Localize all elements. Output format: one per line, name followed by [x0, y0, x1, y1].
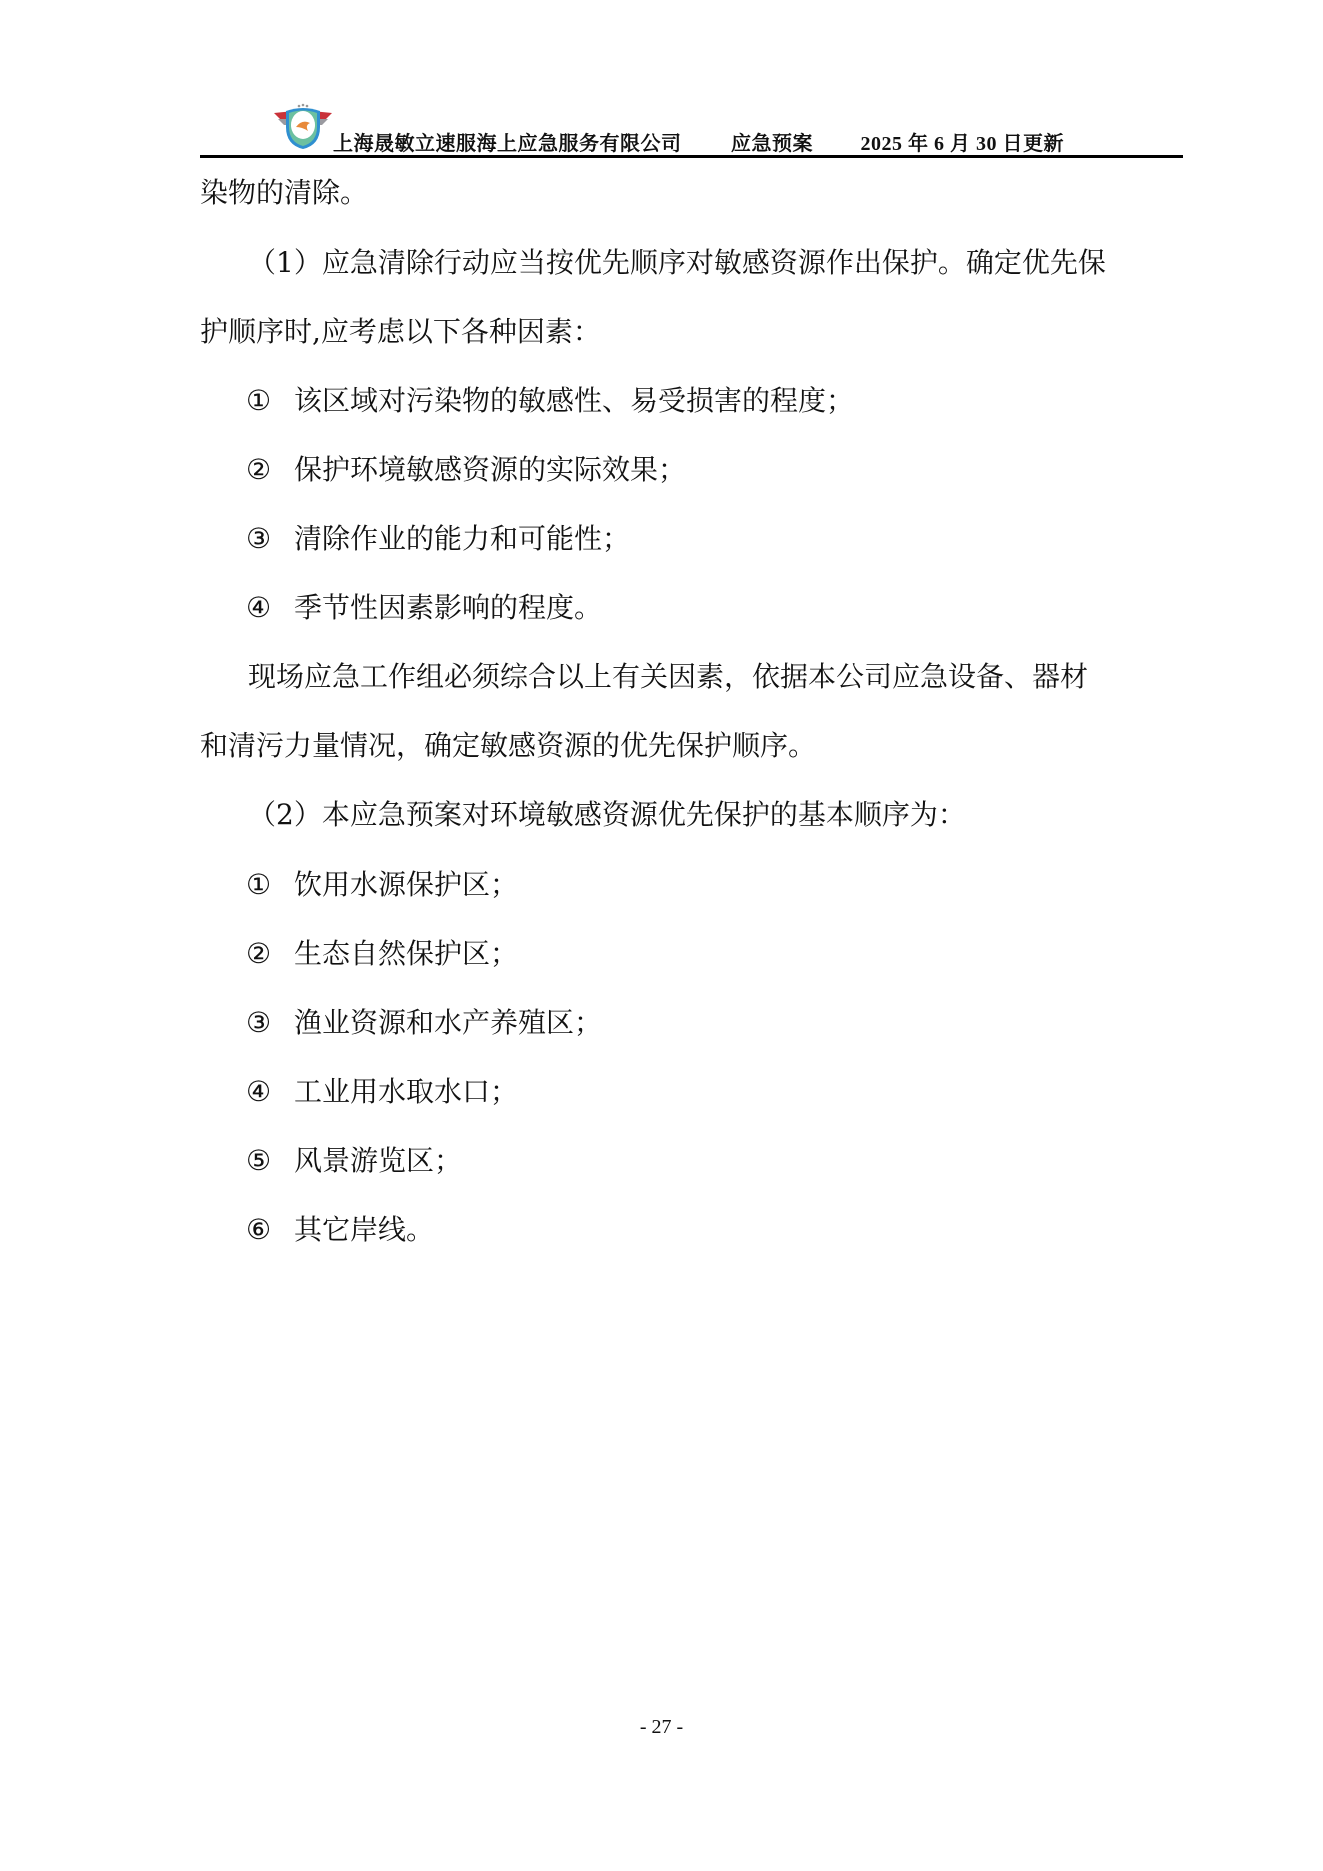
- factor-item: ②保护环境敏感资源的实际效果；: [246, 450, 686, 490]
- item-number: ④: [246, 588, 294, 628]
- priority-item: ③渔业资源和水产养殖区；: [246, 1003, 602, 1043]
- factor-item: ①该区域对污染物的敏感性、易受损害的程度；: [246, 381, 854, 421]
- priority-item: ⑤风景游览区；: [246, 1141, 462, 1181]
- company-logo-icon: [272, 101, 334, 151]
- item-number: ⑥: [246, 1210, 294, 1250]
- factor-item: ③清除作业的能力和可能性；: [246, 519, 630, 559]
- item-text: 保护环境敏感资源的实际效果；: [294, 453, 686, 486]
- item-text: 渔业资源和水产养殖区；: [294, 1006, 602, 1039]
- item-text: 风景游览区；: [294, 1144, 462, 1177]
- header-company-name: 上海晟敏立速服海上应急服务有限公司: [333, 127, 682, 156]
- paragraph-line: 和清污力量情况，确定敏感资源的优先保护顺序。: [200, 726, 816, 766]
- header-document-title: 应急预案: [731, 127, 813, 156]
- item-text: 其它岸线。: [294, 1213, 434, 1246]
- priority-item: ②生态自然保护区；: [246, 934, 518, 974]
- item-number: ②: [246, 934, 294, 974]
- item-number: ②: [246, 450, 294, 490]
- item-number: ④: [246, 1072, 294, 1112]
- item-text: 该区域对污染物的敏感性、易受损害的程度；: [294, 384, 854, 417]
- paragraph-line: 染物的清除。: [200, 173, 368, 213]
- item-number: ⑤: [246, 1141, 294, 1181]
- item-number: ③: [246, 1003, 294, 1043]
- item-text: 季节性因素影响的程度。: [294, 591, 602, 624]
- document-page: 上海晟敏立速服海上应急服务有限公司 应急预案 2025 年 6 月 30 日更新…: [0, 0, 1323, 1871]
- paragraph-line: 护顺序时,应考虑以下各种因素：: [200, 312, 601, 352]
- priority-item: ⑥其它岸线。: [246, 1210, 434, 1250]
- item-text: 饮用水源保护区；: [294, 868, 518, 901]
- item-number: ①: [246, 381, 294, 421]
- header-text: 上海晟敏立速服海上应急服务有限公司 应急预案 2025 年 6 月 30 日更新: [333, 127, 1064, 156]
- paragraph-line: （1）应急清除行动应当按优先顺序对敏感资源作出保护。确定优先保: [248, 243, 1106, 283]
- priority-item: ④工业用水取水口；: [246, 1072, 518, 1112]
- item-number: ③: [246, 519, 294, 559]
- header-divider: [200, 155, 1183, 158]
- item-text: 清除作业的能力和可能性；: [294, 522, 630, 555]
- paragraph-line: （2）本应急预案对环境敏感资源优先保护的基本顺序为：: [248, 795, 966, 835]
- item-text: 工业用水取水口；: [294, 1075, 518, 1108]
- paragraph-line: 现场应急工作组必须综合以上有关因素，依据本公司应急设备、器材: [248, 657, 1088, 697]
- page-header: 上海晟敏立速服海上应急服务有限公司 应急预案 2025 年 6 月 30 日更新: [200, 95, 1183, 157]
- factor-item: ④季节性因素影响的程度。: [246, 588, 602, 628]
- item-text: 生态自然保护区；: [294, 937, 518, 970]
- item-number: ①: [246, 865, 294, 905]
- header-update-date: 2025 年 6 月 30 日更新: [861, 127, 1065, 156]
- page-number: - 27 -: [0, 1716, 1323, 1739]
- priority-item: ①饮用水源保护区；: [246, 865, 518, 905]
